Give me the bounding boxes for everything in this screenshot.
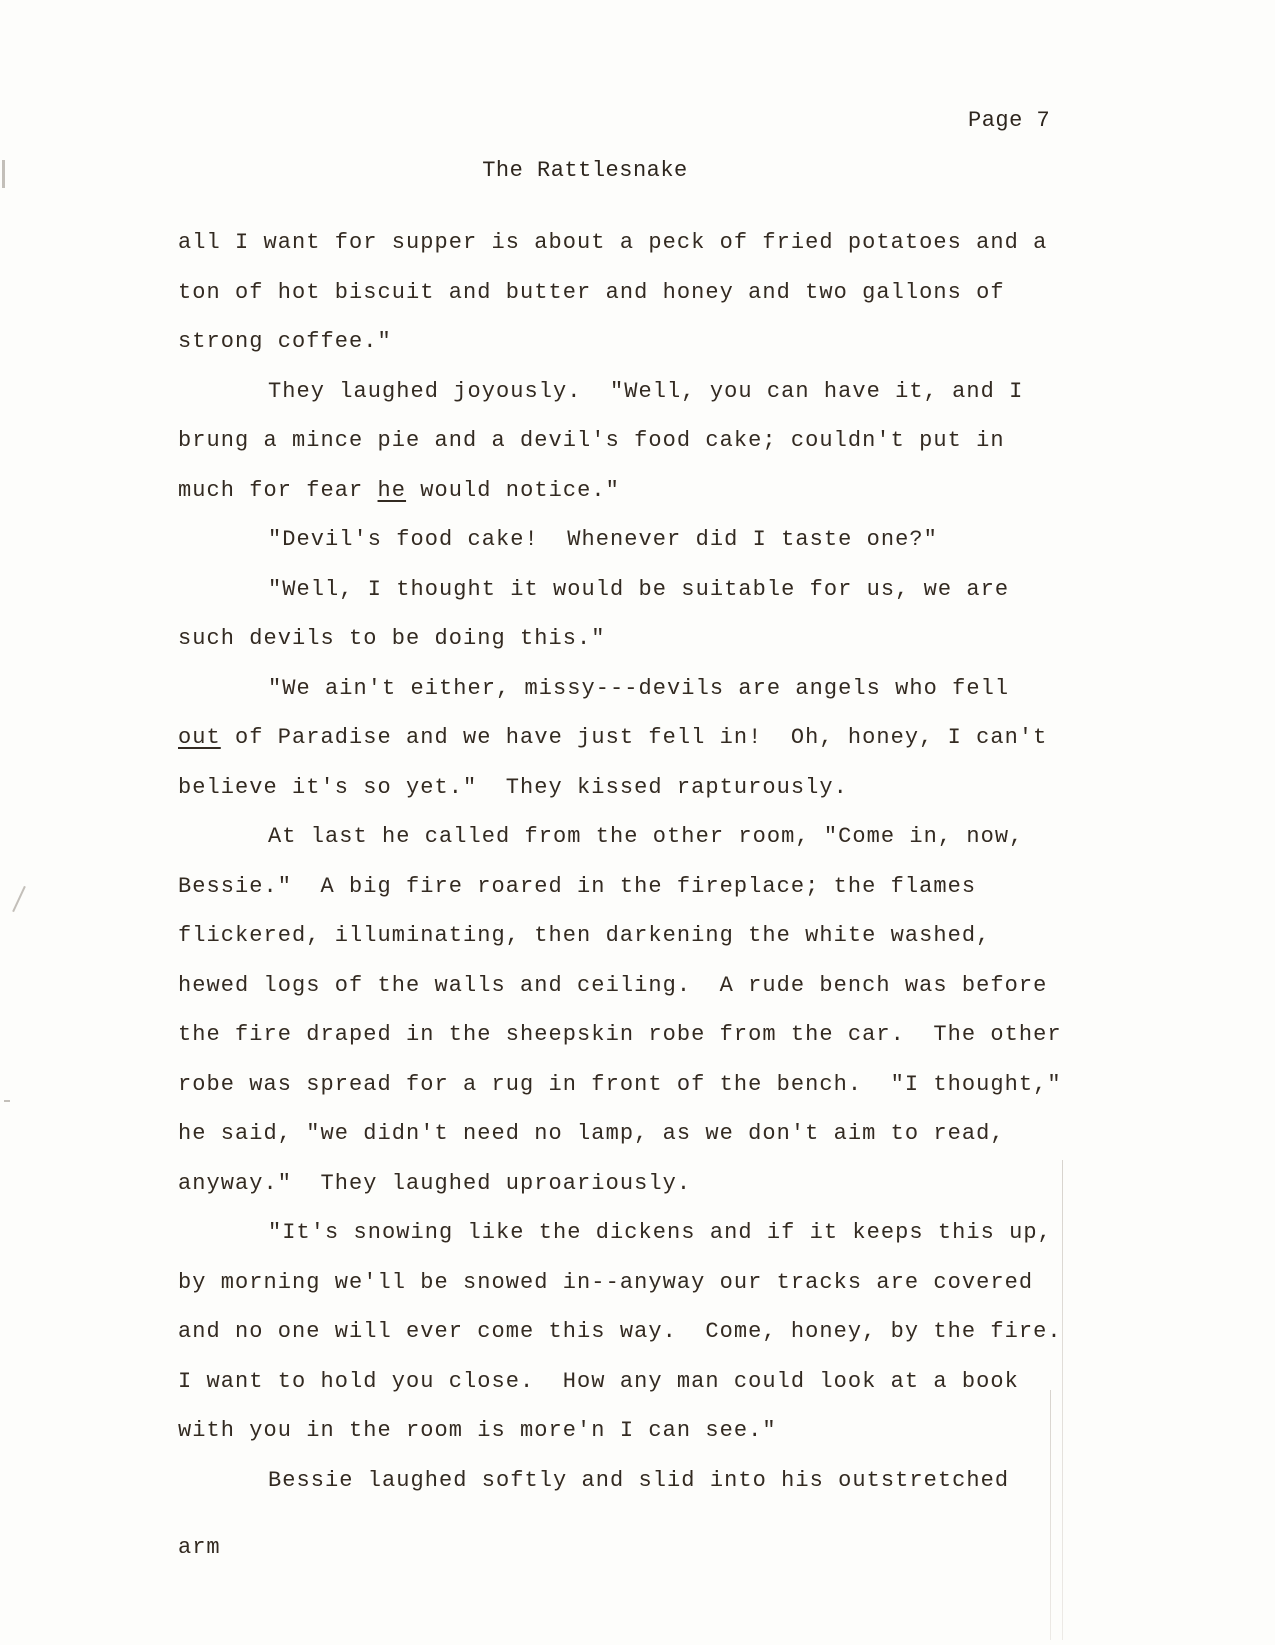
text-line: "It's snowing like the dickens and if it…: [178, 1218, 1108, 1268]
text-line: "Well, I thought it would be suitable fo…: [178, 575, 1108, 625]
body-text: all I want for supper is about a peck of…: [178, 228, 1108, 1515]
text-line: brung a mince pie and a devil's food cak…: [178, 426, 1108, 476]
text-line: with you in the room is more'n I can see…: [178, 1416, 1108, 1466]
text-line: "Devil's food cake! Whenever did I taste…: [178, 525, 1108, 575]
scan-mark: [2, 160, 5, 188]
text-line: by morning we'll be snowed in--anyway ou…: [178, 1268, 1108, 1318]
paper-crease: [1062, 1160, 1063, 1640]
text-line: Bessie laughed softly and slid into his …: [178, 1466, 1108, 1516]
text-line: hewed logs of the walls and ceiling. A r…: [178, 971, 1108, 1021]
text-line: the fire draped in the sheepskin robe fr…: [178, 1020, 1108, 1070]
text-line: They laughed joyously. "Well, you can ha…: [178, 377, 1108, 427]
document-title: The Rattlesnake: [0, 158, 1170, 183]
text-line: robe was spread for a rug in front of th…: [178, 1070, 1108, 1120]
catchword: arm: [178, 1535, 221, 1560]
scan-mark: [12, 886, 26, 912]
underlined-word: out: [178, 725, 221, 750]
text-line: Bessie." A big fire roared in the firepl…: [178, 872, 1108, 922]
text-line: all I want for supper is about a peck of…: [178, 228, 1108, 278]
scan-mark: [4, 1100, 10, 1102]
text-line: I want to hold you close. How any man co…: [178, 1367, 1108, 1417]
text-line: flickered, illuminating, then darkening …: [178, 921, 1108, 971]
text-line: strong coffee.": [178, 327, 1108, 377]
text-line: At last he called from the other room, "…: [178, 822, 1108, 872]
text-line: believe it's so yet." They kissed raptur…: [178, 773, 1108, 823]
text-line: such devils to be doing this.": [178, 624, 1108, 674]
page-number: Page 7: [968, 108, 1050, 133]
text-line: anyway." They laughed uproariously.: [178, 1169, 1108, 1219]
text-line: out of Paradise and we have just fell in…: [178, 723, 1108, 773]
text-line: he said, "we didn't need no lamp, as we …: [178, 1119, 1108, 1169]
paper-crease: [1050, 1390, 1051, 1640]
text-line: "We ain't either, missy---devils are ang…: [178, 674, 1108, 724]
text-line: much for fear he would notice.": [178, 476, 1108, 526]
typewritten-page: Page 7 The Rattlesnake all I want for su…: [0, 0, 1275, 1645]
text-line: ton of hot biscuit and butter and honey …: [178, 278, 1108, 328]
underlined-word: he: [378, 478, 407, 503]
text-line: and no one will ever come this way. Come…: [178, 1317, 1108, 1367]
